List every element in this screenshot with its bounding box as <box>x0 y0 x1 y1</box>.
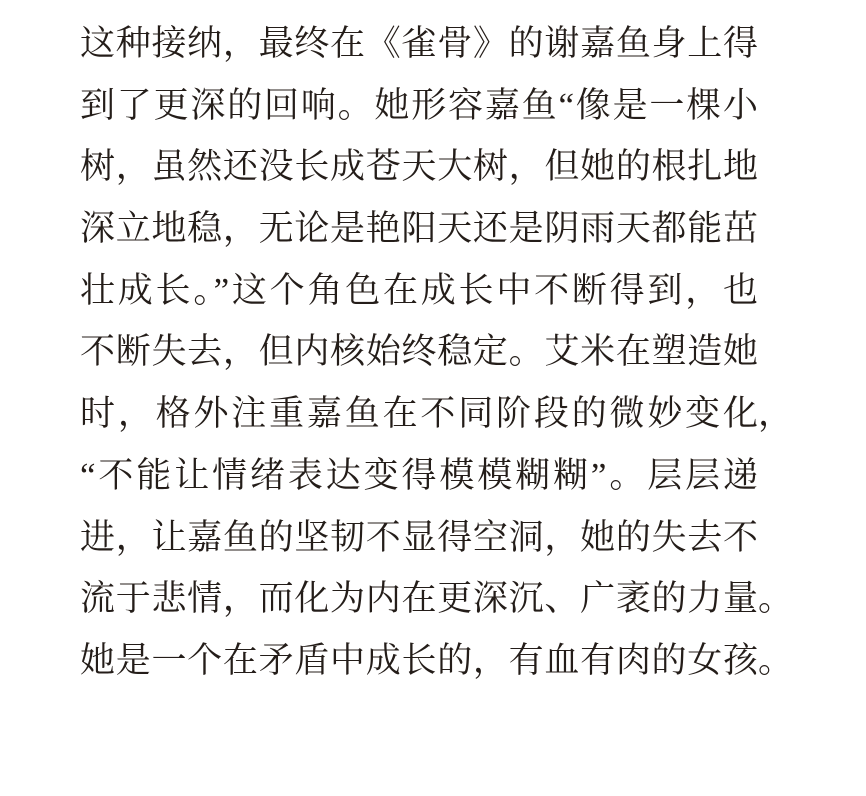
hanging-punctuation: 。 <box>758 568 793 630</box>
line-text: 流于悲情，而化为内在更深沉、广袤的力量 <box>80 579 758 618</box>
paragraph-line: 她是一个在矛盾中成长的，有血有肉的女孩 。 <box>80 630 758 692</box>
line-text: 到了更深的回响。她形容嘉鱼“像是一棵小 <box>80 86 758 125</box>
article-text: 这种接纳，最终在《雀骨》的谢嘉鱼身上得 到了更深的回响。她形容嘉鱼“像是一棵小 … <box>80 13 758 692</box>
line-text: 她是一个在矛盾中成长的，有血有肉的女孩 <box>80 641 758 680</box>
paragraph-line: 进，让嘉鱼的坚韧不显得空洞，她的失去不 <box>80 507 758 569</box>
paragraph-line: 树，虽然还没长成苍天大树，但她的根扎地 <box>80 136 758 198</box>
line-text: 壮成长。”这个角色在成长中不断得到，也 <box>80 271 758 310</box>
paragraph-line: 到了更深的回响。她形容嘉鱼“像是一棵小 <box>80 75 758 137</box>
paragraph-line: 壮成长。”这个角色在成长中不断得到，也 <box>80 260 758 322</box>
paragraph-line: 时，格外注重嘉鱼在不同阶段的微妙变化 ， <box>80 383 758 445</box>
line-text: 这种接纳，最终在《雀骨》的谢嘉鱼身上得 <box>80 24 758 63</box>
paragraph-line: 流于悲情，而化为内在更深沉、广袤的力量 。 <box>80 568 758 630</box>
paragraph-line: 深立地稳，无论是艳阳天还是阴雨天都能茁 <box>80 198 758 260</box>
line-text: 深立地稳，无论是艳阳天还是阴雨天都能茁 <box>80 209 758 248</box>
paragraph-line: “不能让情绪表达变得模模糊糊”。层层递 <box>80 445 758 507</box>
line-text: 树，虽然还没长成苍天大树，但她的根扎地 <box>80 147 758 186</box>
line-text: 进，让嘉鱼的坚韧不显得空洞，她的失去不 <box>80 518 758 557</box>
paragraph-line: 这种接纳，最终在《雀骨》的谢嘉鱼身上得 <box>80 13 758 75</box>
line-text: 不断失去，但内核始终稳定。艾米在塑造她 <box>80 332 758 371</box>
line-text: 时，格外注重嘉鱼在不同阶段的微妙变化 <box>80 394 758 433</box>
line-text: “不能让情绪表达变得模模糊糊”。层层递 <box>80 456 758 495</box>
hanging-punctuation: 。 <box>758 630 793 692</box>
paragraph-line: 不断失去，但内核始终稳定。艾米在塑造她 <box>80 321 758 383</box>
hanging-punctuation: ， <box>758 383 793 445</box>
document-page: 这种接纳，最终在《雀骨》的谢嘉鱼身上得 到了更深的回响。她形容嘉鱼“像是一棵小 … <box>0 0 866 796</box>
